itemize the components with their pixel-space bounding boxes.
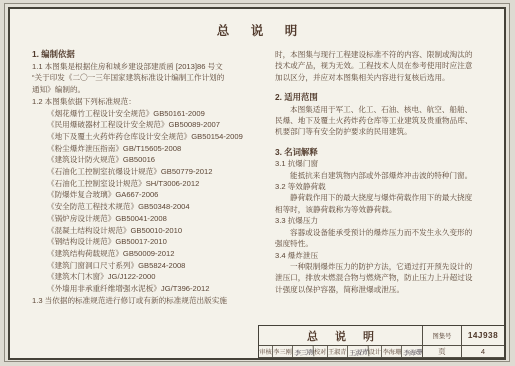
- left-column: 1. 编制依据1.1 本图集是根据住房和城乡建设部建质函 [2013]86 号文…: [32, 49, 261, 324]
- atlas-number-label: 图集号: [423, 326, 462, 346]
- text-line: 加以区分，并应对本图集相关内容进行复核后选用。: [275, 72, 504, 83]
- page-title: 总 说 明: [10, 21, 504, 39]
- text-line: 《地下及覆土火药炸药仓库设计安全规范》GB50154-2009: [32, 131, 261, 143]
- text-line: 《防爆炸复合玻璃》GA667-2006: [32, 189, 261, 201]
- text-line: 一种限制爆炸压力的防护方法，它通过打开预先设计的: [275, 261, 504, 272]
- text-line: 《安全防范工程技术规范》GB50348-2004: [32, 201, 261, 213]
- text-line: 《粉尘爆炸泄压指南》GB/T15605-2008: [32, 143, 261, 155]
- text-line: 泄压口，排放未燃混合物与燃烧产物，防止压力上升超过设: [275, 272, 504, 283]
- page-number-label: 页: [423, 346, 462, 358]
- text-line: 技术或产品，视为无效。工程技术人员在参考使用时应注意: [275, 60, 504, 71]
- text-line: 3.2 等效静荷载: [275, 181, 504, 192]
- text-line: 时，本图集与现行工程建设标准不符的内容、限制或淘汰的: [275, 49, 504, 60]
- text-line: 《建筑木门木窗》JG/J122-2000: [32, 271, 261, 283]
- text-line: “关于印发《二〇一三年国家建筑标准设计编制工作计划的: [32, 72, 261, 84]
- text-line: 1.1 本图集是根据住房和城乡建设部建质函 [2013]86 号文: [32, 61, 261, 73]
- content-columns: 1. 编制依据1.1 本图集是根据住房和城乡建设部建质函 [2013]86 号文…: [10, 49, 504, 324]
- page-inner-border: 总 说 明 1. 编制依据1.1 本图集是根据住房和城乡建设部建质函 [2013…: [8, 7, 506, 360]
- text-line: 3. 名词解释: [275, 147, 504, 158]
- text-line: 1. 编制依据: [32, 49, 261, 61]
- text-line: 相等时，该静荷载称为等效静荷载。: [275, 204, 504, 215]
- text-line: 《建筑门窗洞口尺寸系列》GB5824-2008: [32, 260, 261, 272]
- document-page: 总 说 明 1. 编制依据1.1 本图集是根据住房和城乡建设部建质函 [2013…: [0, 0, 515, 366]
- designer-name: 李海珊: [382, 346, 402, 357]
- text-line: 《建筑结构荷载规范》GB50009-2012: [32, 248, 261, 260]
- designer-label: 设计: [368, 346, 382, 357]
- text-line: 《石油化工控制室设计规范》SH/T3006-2012: [32, 178, 261, 190]
- checker-signature: 王淑青: [347, 346, 368, 358]
- title-block: 总 说 明 图集号 14J938 审核 李三刚 李三刚 校对 王淑青 王淑青 设…: [258, 325, 504, 358]
- title-block-title: 总 说 明: [259, 326, 423, 346]
- text-line: 民爆、地下及覆土火药炸药仓库等工业建筑及贵重物品库、: [275, 115, 504, 126]
- text-line: 《建筑设计防火规范》GB50016: [32, 154, 261, 166]
- text-line: 本图集适用于军工、化工、石油、核电、航空、船舶、: [275, 104, 504, 115]
- right-column: 时，本图集与现行工程建设标准不符的内容、限制或淘汰的技术或产品，视为无效。工程技…: [275, 49, 504, 324]
- text-line: 静荷载作用下的最大挠度与爆炸荷载作用下的最大挠度: [275, 192, 504, 203]
- text-line: 3.4 爆炸泄压: [275, 250, 504, 261]
- checker-label: 校对: [314, 346, 328, 357]
- text-line: 《混凝土结构设计规范》GB50010-2010: [32, 225, 261, 237]
- text-line: 能抵抗来自建筑物内部或外部爆炸冲击波的特种门窗。: [275, 170, 504, 181]
- text-line: 容器或设备能承受预计的爆炸压力而不发生永久变形的: [275, 227, 504, 238]
- text-line: 通知》编制的。: [32, 84, 261, 96]
- checker-name: 王淑青: [328, 346, 348, 357]
- text-line: 强度特性。: [275, 238, 504, 249]
- page-number-value: 4: [462, 346, 504, 358]
- text-line: 机要部门等有安全防护要求的民用建筑。: [275, 126, 504, 137]
- text-line: 《烟花爆竹工程设计安全规范》GB50161-2009: [32, 108, 261, 120]
- reviewer-name: 李三刚: [273, 346, 293, 357]
- text-line: 计强度以保护容器，简称泄爆或泄压。: [275, 284, 504, 295]
- reviewer-signature: 李三刚: [293, 346, 314, 358]
- reviewer-label: 审核: [259, 346, 273, 357]
- text-line: 2. 适用范围: [275, 92, 504, 103]
- text-line: 3.3 抗爆压力: [275, 215, 504, 226]
- title-block-roles: 审核 李三刚 李三刚 校对 王淑青 王淑青 设计 李海珊 李海珊: [259, 346, 423, 358]
- text-line: 1.3 当依据的标准规范进行修订或有新的标准规范出版实施: [32, 295, 261, 307]
- text-line: 《锅炉房设计规范》GB50041-2008: [32, 213, 261, 225]
- text-line: 1.2 本图集依据下列标准规范：: [32, 96, 261, 108]
- text-line: 《外墙用非承重纤维增强水泥板》JG/T396-2012: [32, 283, 261, 295]
- text-line: 《钢结构设计规范》GB50017-2010: [32, 236, 261, 248]
- designer-signature: 李海珊: [402, 346, 422, 358]
- atlas-number-value: 14J938: [462, 326, 504, 346]
- text-line: 3.1 抗爆门窗: [275, 158, 504, 169]
- text-line: 《民用爆破器材工程设计安全规范》GB50089-2007: [32, 119, 261, 131]
- text-line: 《石油化工控制室抗爆设计规范》GB50779-2012: [32, 166, 261, 178]
